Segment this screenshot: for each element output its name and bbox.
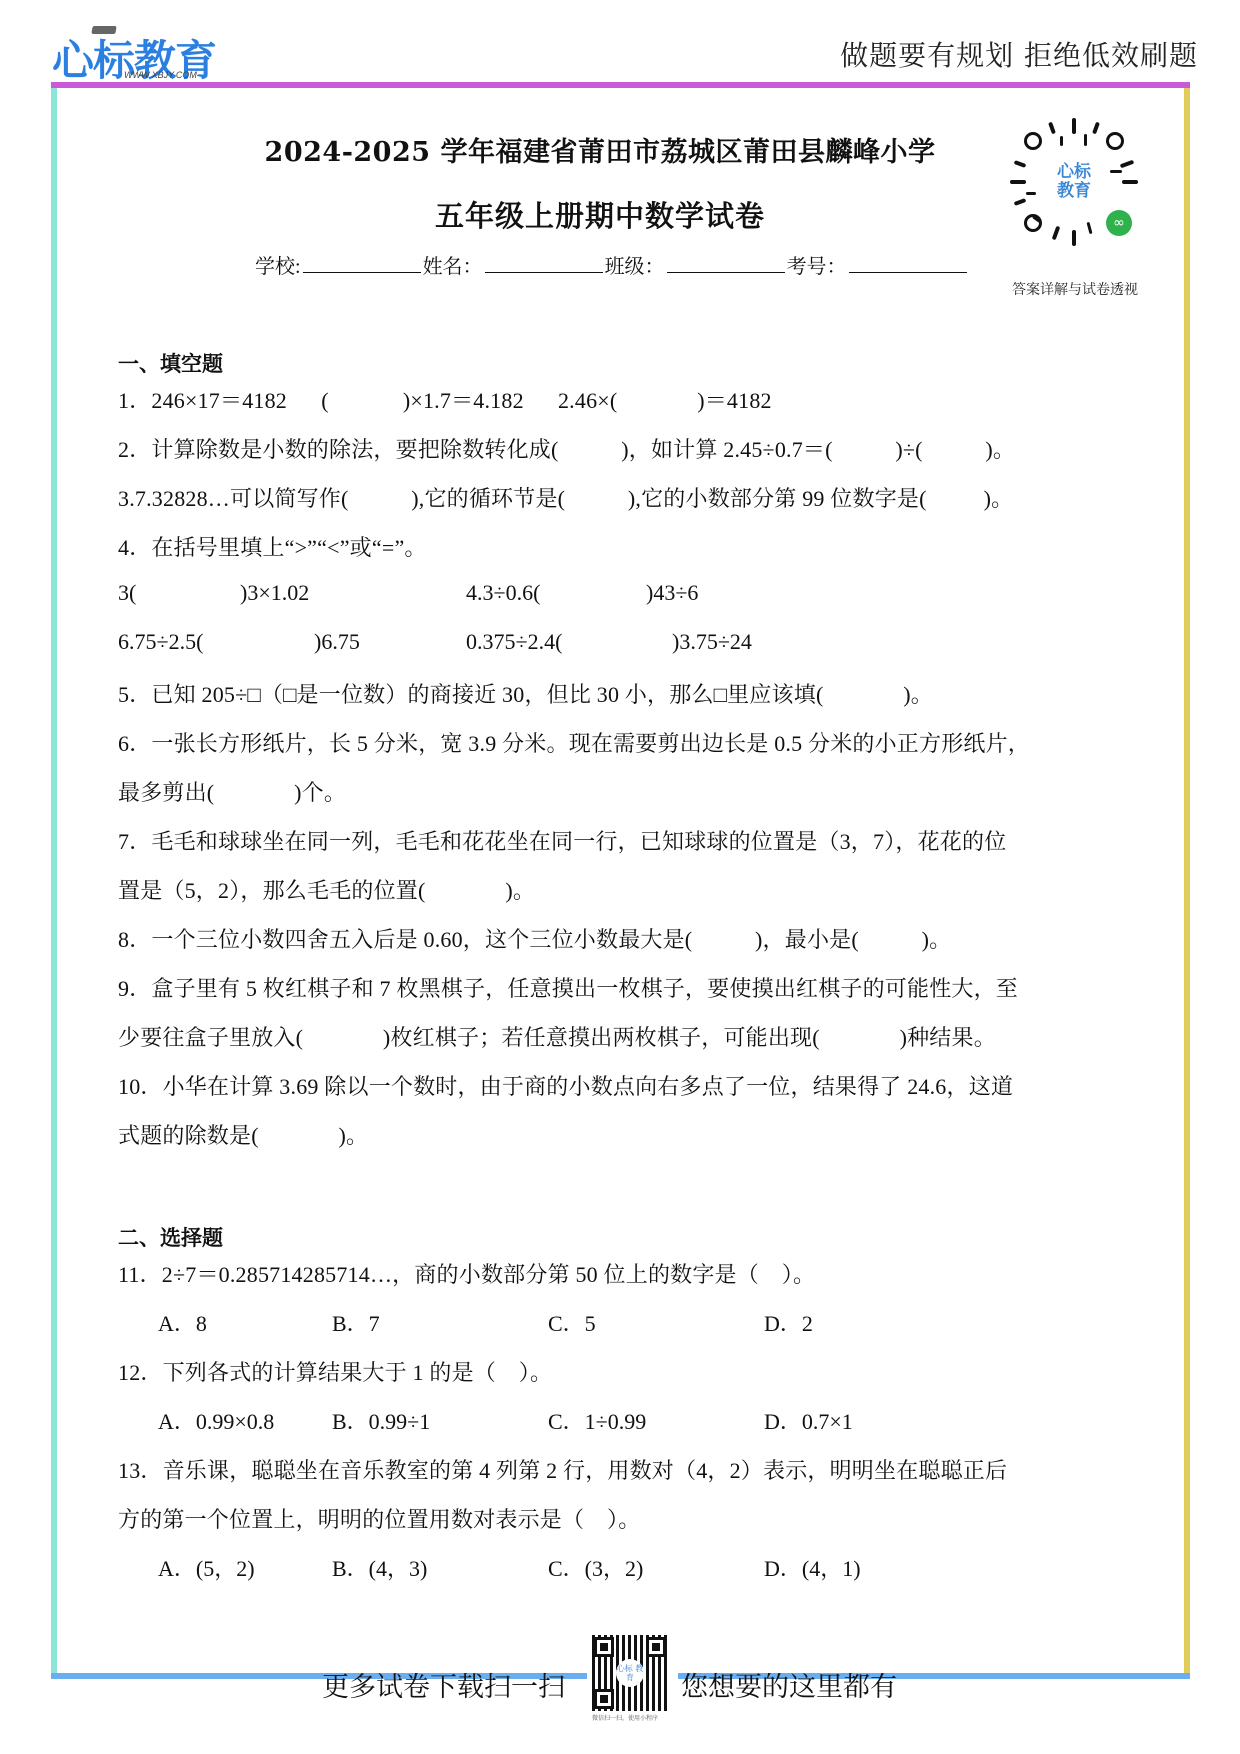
q13-option-d[interactable]: D．(4，1)	[764, 1552, 861, 1583]
compare-3-left: 6.75÷2.5(	[118, 629, 203, 655]
question-6-line2: 最多剪出( )个。	[118, 776, 346, 807]
compare-2-right: )43÷6	[646, 580, 698, 606]
class-field[interactable]	[667, 254, 785, 273]
question-9-line2: 少要往盒子里放入( )枚红棋子；若任意摸出两枚棋子，可能出现( )种结果。	[118, 1021, 996, 1052]
brand-url: WWW.XBJY.COM	[124, 70, 197, 80]
question-6-line1: 6．一张长方形纸片，长 5 分米，宽 3.9 分米。现在需要剪出边长是 0.5 …	[118, 727, 1030, 758]
footer-download-text: 更多试卷下载扫一扫	[322, 1665, 565, 1704]
qr-center-logo: 心标 教育	[1040, 148, 1108, 216]
question-13-line1: 13．音乐课，聪聪坐在音乐教室的第 4 列第 2 行，用数对（4，2）表示，明明…	[118, 1454, 1007, 1485]
question-3: 3.7.32828…可以简写作( ),它的循环节是( ),它的小数部分第 99 …	[118, 482, 1013, 513]
qr-center-line2: 教育	[1057, 182, 1091, 201]
qr-finder-bottom-left	[594, 1689, 614, 1709]
question-4: 4．在括号里填上“>”“<”或“=”。	[118, 531, 427, 562]
qr-center-line1: 心标	[1057, 163, 1091, 182]
name-label: 姓名：	[423, 250, 483, 279]
exam-number-label: 考号：	[787, 250, 847, 279]
question-11: 11．2÷7＝0.285714285714…，商的小数部分第 50 位上的数字是…	[118, 1258, 815, 1289]
compare-4-left: 0.375÷2.4(	[466, 629, 562, 655]
frame-border-left	[51, 88, 57, 1679]
student-info-line: 学校: 姓名： 班级： 考号：	[255, 250, 969, 279]
compare-3-right: )6.75	[314, 629, 360, 655]
qr-finder-top-right	[646, 1637, 666, 1657]
question-1: 1．246×17＝4182 ( )×1.7＝4.182 2.46×( )＝418…	[118, 384, 772, 415]
exam-subtitle: 五年级上册期中数学试卷	[200, 194, 1000, 235]
header-slogan: 做题要有规划 拒绝低效刷题	[840, 34, 1198, 74]
qr-center-logo: 心标 教育	[616, 1659, 644, 1687]
qr-caption: 答案详解与试卷透视	[995, 279, 1155, 299]
school-field[interactable]	[303, 254, 421, 273]
question-8: 8．一个三位小数四舍五入后是 0.60，这个三位小数最大是( )，最小是( )。	[118, 923, 951, 954]
question-5: 5．已知 205÷□（□是一位数）的商接近 30，但比 30 小，那么□里应该填…	[118, 678, 933, 709]
q11-option-b[interactable]: B．7	[332, 1307, 380, 1338]
frame-border-top	[51, 82, 1190, 88]
compare-1-left: 3(	[118, 580, 136, 606]
exam-title: 2024-2025 学年福建省莆田市荔城区莆田县麟峰小学	[200, 130, 1000, 169]
qr-finder-top-left	[594, 1637, 614, 1657]
q12-option-c[interactable]: C．1÷0.99	[548, 1405, 646, 1436]
name-field[interactable]	[485, 254, 603, 273]
qr-eye-top-left	[1024, 132, 1042, 150]
q12-option-b[interactable]: B．0.99÷1	[332, 1405, 430, 1436]
section-heading-multiple-choice: 二、选择题	[118, 1222, 223, 1252]
class-label: 班级：	[605, 250, 665, 279]
qr-eye-top-right	[1106, 132, 1124, 150]
q12-option-d[interactable]: D．0.7×1	[764, 1405, 853, 1436]
compare-2-left: 4.3÷0.6(	[466, 580, 540, 606]
exam-number-field[interactable]	[849, 254, 967, 273]
question-7-line1: 7．毛毛和球球坐在同一列，毛毛和花花坐在同一行，已知球球的位置是（3，7），花花…	[118, 825, 1006, 856]
school-label: 学校:	[255, 250, 301, 279]
q11-option-c[interactable]: C．5	[548, 1307, 596, 1338]
frame-border-right	[1184, 88, 1190, 1679]
qr-eye-bottom-left	[1024, 214, 1042, 232]
q11-option-a[interactable]: A．8	[158, 1307, 207, 1338]
mini-program-qr-code[interactable]: 心标 教育 ∞	[1010, 118, 1138, 246]
section-heading-fill-blank: 一、填空题	[118, 348, 223, 378]
compare-1-right: )3×1.02	[240, 580, 309, 606]
footer-qr-caption: 微信扫一扫，使用小程序	[592, 1713, 670, 1722]
question-2: 2．计算除数是小数的除法，要把除数转化成( )，如计算 2.45÷0.7＝( )…	[118, 433, 1015, 464]
compare-4-right: )3.75÷24	[672, 629, 752, 655]
q13-option-a[interactable]: A．(5，2)	[158, 1552, 255, 1583]
q12-option-a[interactable]: A．0.99×0.8	[158, 1405, 274, 1436]
footer-tagline-text: 您想要的这里都有	[681, 1665, 897, 1704]
question-7-line2: 置是（5，2），那么毛毛的位置( )。	[118, 874, 535, 905]
footer-qr-code[interactable]: 心标 教育	[592, 1635, 668, 1711]
question-12: 12．下列各式的计算结果大于 1 的是（ ）。	[118, 1356, 552, 1387]
question-10-line1: 10．小华在计算 3.69 除以一个数时，由于商的小数点向右多点了一位，结果得了…	[118, 1070, 1013, 1101]
q11-option-d[interactable]: D．2	[764, 1307, 813, 1338]
brand-logo: 心标教育 WWW.XBJY.COM	[52, 30, 216, 82]
graduation-cap-icon	[91, 26, 116, 34]
q13-option-c[interactable]: C．(3，2)	[548, 1552, 643, 1583]
question-13-line2: 方的第一个位置上，明明的位置用数对表示是（ ）。	[118, 1503, 640, 1534]
question-9-line1: 9．盒子里有 5 枚红棋子和 7 枚黑棋子，任意摸出一枚棋子，要使摸出红棋子的可…	[118, 972, 1018, 1003]
mini-program-icon: ∞	[1106, 210, 1132, 236]
question-10-line2: 式题的除数是( )。	[118, 1119, 368, 1150]
q13-option-b[interactable]: B．(4，3)	[332, 1552, 427, 1583]
